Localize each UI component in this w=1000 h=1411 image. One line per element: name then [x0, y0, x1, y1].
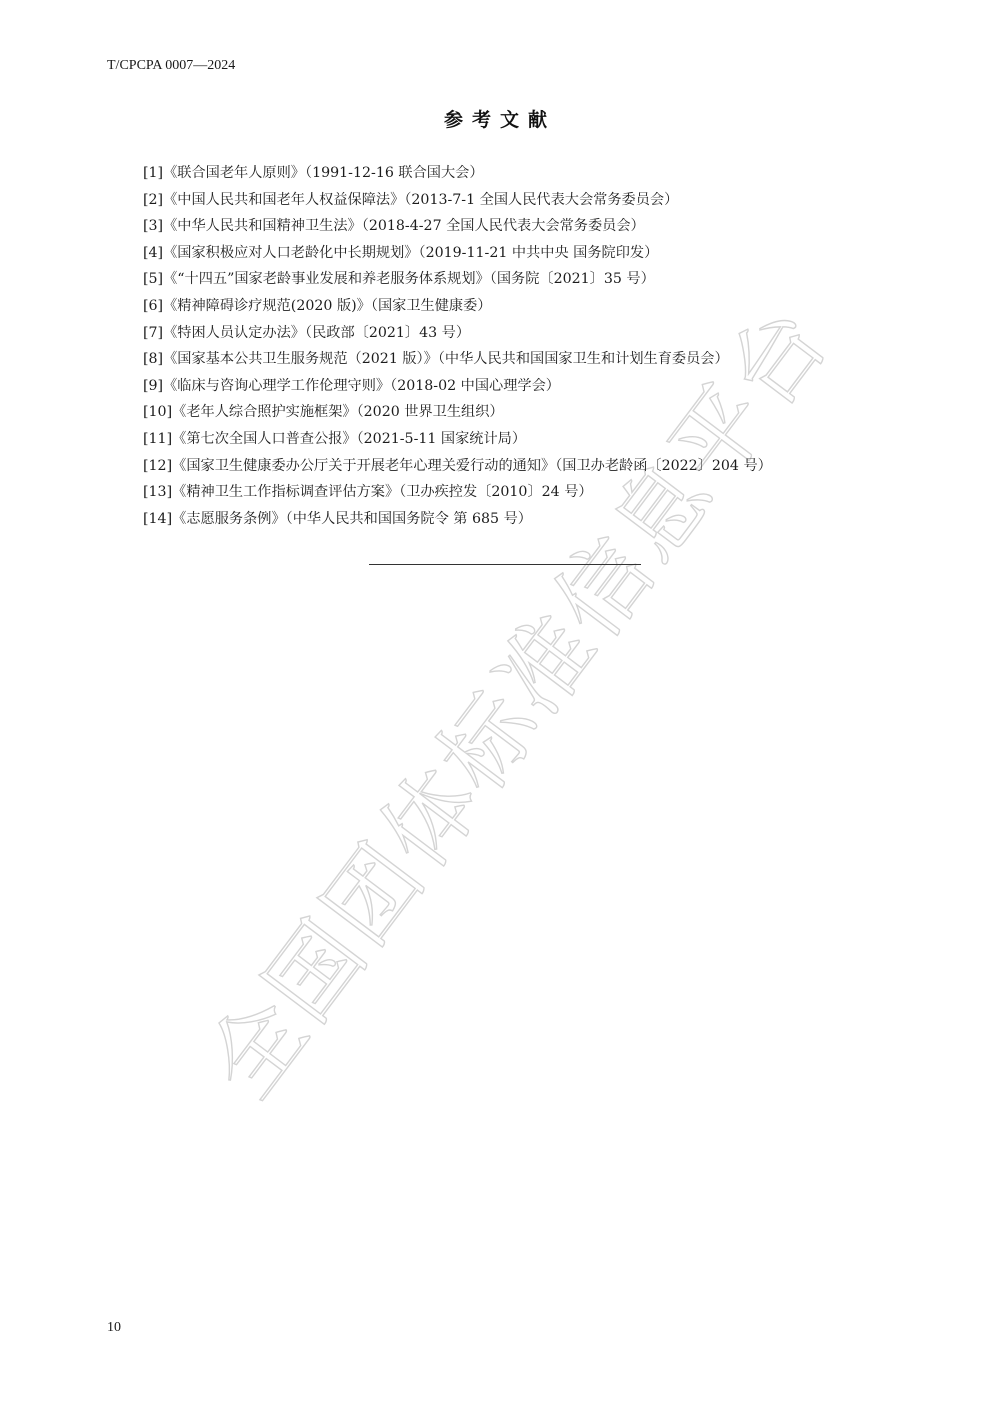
reference-number: [1]: [143, 165, 163, 181]
reference-number: [10]: [143, 404, 172, 420]
reference-number: [13]: [143, 484, 172, 500]
page-number: 10: [107, 1320, 121, 1336]
reference-item: [12]《国家卫生健康委办公厅关于开展老年心理关爱行动的通知》（国卫办老龄函〔2…: [143, 453, 772, 480]
reference-text: 《中华人民共和国精神卫生法》（2018-4-27 全国人民代表大会常务委员会）: [163, 218, 645, 234]
reference-number: [11]: [143, 431, 172, 447]
reference-item: [13]《精神卫生工作指标调查评估方案》（卫办疾控发〔2010〕24 号）: [143, 479, 772, 506]
reference-list: [1]《联合国老年人原则》（1991-12-16 联合国大会） [2]《中国人民…: [143, 160, 772, 532]
section-title: 参考文献: [0, 105, 1000, 132]
reference-number: [8]: [143, 351, 163, 367]
reference-item: [8]《国家基本公共卫生服务规范（2021 版）》（中华人民共和国国家卫生和计划…: [143, 346, 772, 373]
reference-number: [6]: [143, 298, 163, 314]
reference-text: 《“十四五”国家老龄事业发展和养老服务体系规划》（国务院〔2021〕35 号）: [163, 271, 655, 287]
reference-text: 《志愿服务条例》（中华人民共和国国务院令 第 685 号）: [172, 511, 532, 527]
reference-text: 《国家卫生健康委办公厅关于开展老年心理关爱行动的通知》（国卫办老龄函〔2022〕…: [172, 458, 772, 474]
reference-number: [4]: [143, 245, 163, 261]
reference-item: [3]《中华人民共和国精神卫生法》（2018-4-27 全国人民代表大会常务委员…: [143, 213, 772, 240]
reference-item: [9]《临床与咨询心理学工作伦理守则》（2018-02 中国心理学会）: [143, 373, 772, 400]
reference-item: [14]《志愿服务条例》（中华人民共和国国务院令 第 685 号）: [143, 506, 772, 533]
reference-item: [11]《第七次全国人口普查公报》（2021-5-11 国家统计局）: [143, 426, 772, 453]
reference-text: 《联合国老年人原则》（1991-12-16 联合国大会）: [163, 165, 483, 181]
reference-item: [2]《中国人民共和国老年人权益保障法》（2013-7-1 全国人民代表大会常务…: [143, 187, 772, 214]
reference-text: 《国家积极应对人口老龄化中长期规划》（2019-11-21 中共中央 国务院印发…: [163, 245, 658, 261]
reference-number: [2]: [143, 192, 163, 208]
reference-number: [3]: [143, 218, 163, 234]
reference-item: [10]《老年人综合照护实施框架》（2020 世界卫生组织）: [143, 399, 772, 426]
document-code: T/CPCPA 0007—2024: [107, 58, 235, 74]
reference-item: [1]《联合国老年人原则》（1991-12-16 联合国大会）: [143, 160, 772, 187]
reference-text: 《中国人民共和国老年人权益保障法》（2013-7-1 全国人民代表大会常务委员会…: [163, 192, 678, 208]
reference-text: 《第七次全国人口普查公报》（2021-5-11 国家统计局）: [172, 431, 526, 447]
reference-item: [5]《“十四五”国家老龄事业发展和养老服务体系规划》（国务院〔2021〕35 …: [143, 266, 772, 293]
reference-text: 《国家基本公共卫生服务规范（2021 版）》（中华人民共和国国家卫生和计划生育委…: [163, 351, 729, 367]
reference-text: 《老年人综合照护实施框架》（2020 世界卫生组织）: [172, 404, 503, 420]
reference-item: [7]《特困人员认定办法》（民政部〔2021〕43 号）: [143, 320, 772, 347]
reference-number: [9]: [143, 378, 163, 394]
reference-text: 《精神障碍诊疗规范(2020 版)》（国家卫生健康委）: [163, 298, 491, 314]
reference-number: [7]: [143, 325, 163, 341]
reference-number: [12]: [143, 458, 172, 474]
reference-text: 《特困人员认定办法》（民政部〔2021〕43 号）: [163, 325, 470, 341]
end-divider: [369, 564, 641, 565]
reference-number: [5]: [143, 271, 163, 287]
reference-text: 《精神卫生工作指标调查评估方案》（卫办疾控发〔2010〕24 号）: [172, 484, 592, 500]
reference-number: [14]: [143, 511, 172, 527]
reference-text: 《临床与咨询心理学工作伦理守则》（2018-02 中国心理学会）: [163, 378, 560, 394]
reference-item: [4]《国家积极应对人口老龄化中长期规划》（2019-11-21 中共中央 国务…: [143, 240, 772, 267]
reference-item: [6]《精神障碍诊疗规范(2020 版)》（国家卫生健康委）: [143, 293, 772, 320]
